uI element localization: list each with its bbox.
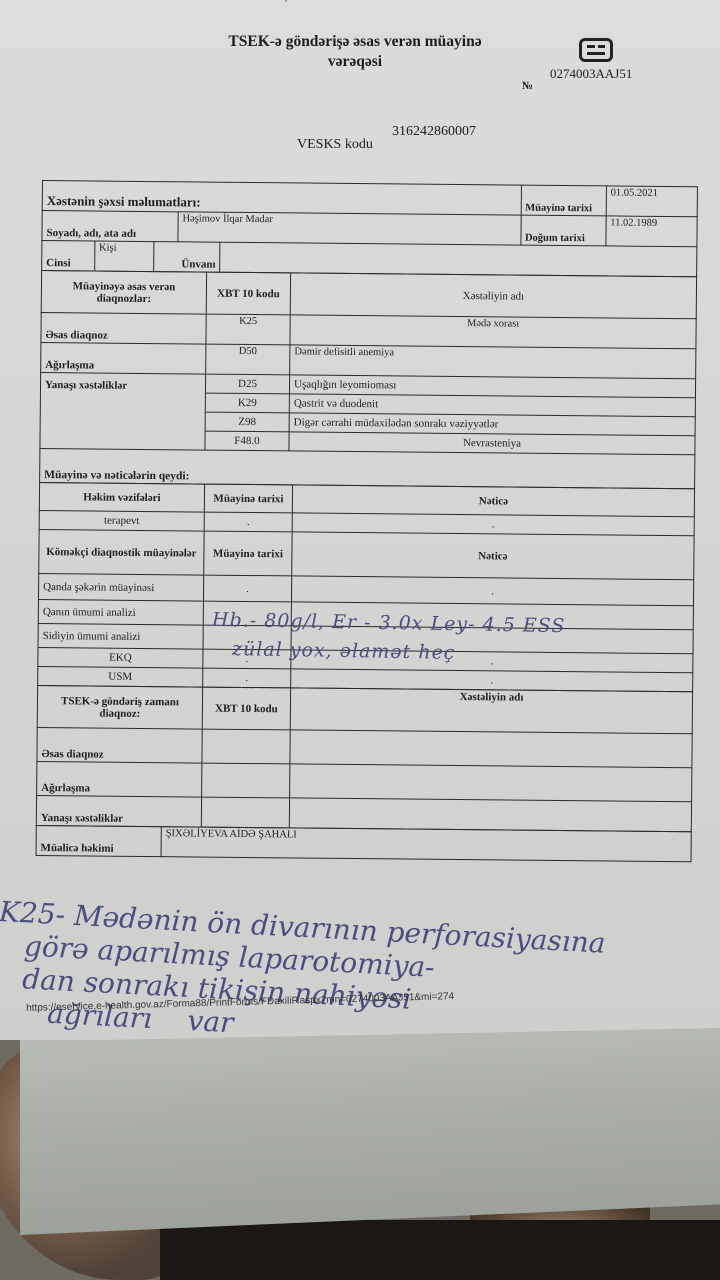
vesks-label: VESKS kodu [297,137,373,153]
birth-date-label: Doğum tarixi [520,215,605,246]
background-shadow [160,1220,720,1280]
page-title: TSEK-ə göndərişə əsas verən müayinə vərə… [200,32,510,72]
code-header: XBT 10 kodu [206,272,290,315]
e-health-logo-icon [579,38,613,62]
patient-section-title: Xəstənin şəxsi məlumatları: [42,181,521,216]
aux-exam-name: Sidiyin ümumi analizi [38,623,203,649]
address-label: Ünvanı [153,242,220,273]
tsek-main-code [202,729,290,764]
gender-value: Kişi [94,241,153,272]
diagnoses-table: Müayinəyə əsas verən diaqnozlar: XBT 10 … [39,270,697,489]
document-number: 0274003AAJ51 [550,66,632,82]
main-diagnosis-name: Mədə xorası [290,315,696,349]
tsek-main-diagnosis-label: Əsas diaqnoz [37,727,202,763]
form-sheet: ...aspx?mn=0274003AAJ51&mi=274 TSEK-ə gö… [0,0,720,1040]
comorbid-code: K29 [205,393,289,413]
comorbid-code: Z98 [205,412,289,432]
patient-name: Həşimov İlqar Madar [178,212,521,245]
exam-date-label: Müayinə tarixi [521,185,606,216]
aux-exam-date: . [203,575,291,602]
treating-doctor-label: Müalicə həkimi [36,825,161,856]
name-label: Soyadı, adı, ata adı [42,211,178,242]
tsek-comorbid-code [201,797,289,828]
birth-date: 11.02.1989 [606,216,698,247]
tsek-complication-code [202,763,290,798]
main-diagnosis-code: K25 [206,314,290,345]
comorbid-code: F48.0 [205,431,289,451]
main-diagnosis-label: Əsas diaqnoz [41,312,206,344]
tsek-disease-name-header: Xəstəliyin adı [290,688,692,734]
aux-exam-name: EKQ [38,647,203,668]
aux-exam-name: USM [38,666,203,687]
aux-exam-date: . [203,668,291,688]
title-line-1: TSEK-ə göndərişə əsas verən müayinə [200,32,510,52]
treating-doctor-table: Müalicə həkimi ŞIXƏLİYEVA AİDƏ ŞAHALI [36,825,692,862]
gender-label: Cinsi [42,241,95,272]
tsek-diagnosis-table: TSEK-ə göndəriş zamanı diaqnoz: XBT 10 k… [36,685,693,832]
tsek-code-header: XBT 10 kodu [202,687,290,730]
exam-form: Xəstənin şəxsi məlumatları: Müayinə tari… [36,180,698,862]
handwritten-urine-result: zülal yox, əlamət heç [232,638,456,664]
tsek-comorbid-label: Yanaşı xəstəliklər [36,795,201,827]
doctor-exam-date: . [204,512,292,532]
number-label: № [522,80,533,92]
comorbid-code: D25 [205,374,289,394]
diagnoses-header: Müayinəyə əsas verən diaqnozlar: [41,271,206,315]
vesks-code: 316242860007 [392,124,476,140]
tsek-complication-label: Ağırlaşma [37,761,202,797]
title-line-2: vərəqəsi [200,52,510,72]
tsek-comorbid-name [289,798,691,832]
aux-date-header: Müayinə tarixi [204,531,292,576]
aux-exam-name: Qanda şəkərin müayinəsi [38,573,203,601]
aux-exam-result: . [291,576,693,606]
aux-exam-name: Qanın ümumi analizi [38,599,203,625]
result-header: Nəticə [292,485,694,517]
tsek-complication-name [290,764,692,802]
disease-name-header: Xəstəliyin adı [290,273,696,319]
exam-date-header: Müayinə tarixi [204,484,292,513]
aux-result-header: Nəticə [292,532,694,580]
exam-date: 01.05.2021 [606,186,698,217]
complication-name: Dəmir defisitli anemiya [290,345,696,379]
comorbid-label: Yanaşı xəstəliklər [40,372,206,450]
doctor-role-header: Həkim vəzifələri [39,482,204,512]
doctor-role: terapevt [39,510,204,531]
tsek-diagnosis-header: TSEK-ə göndəriş zamanı diaqnoz: [37,685,202,729]
treating-doctor-name: ŞIXƏLİYEVA AİDƏ ŞAHALI [161,827,691,862]
patient-info-table: Xəstənin şəxsi məlumatları: Müayinə tari… [41,180,698,277]
tsek-main-name [290,730,692,768]
top-url: ...aspx?mn=0274003AAJ51&mi=274 [268,0,415,2]
complication-code: D50 [206,344,290,375]
aux-exams-header: Köməkçi diaqnostik müayinələr [39,529,204,575]
complication-label: Ağırlaşma [41,342,206,374]
